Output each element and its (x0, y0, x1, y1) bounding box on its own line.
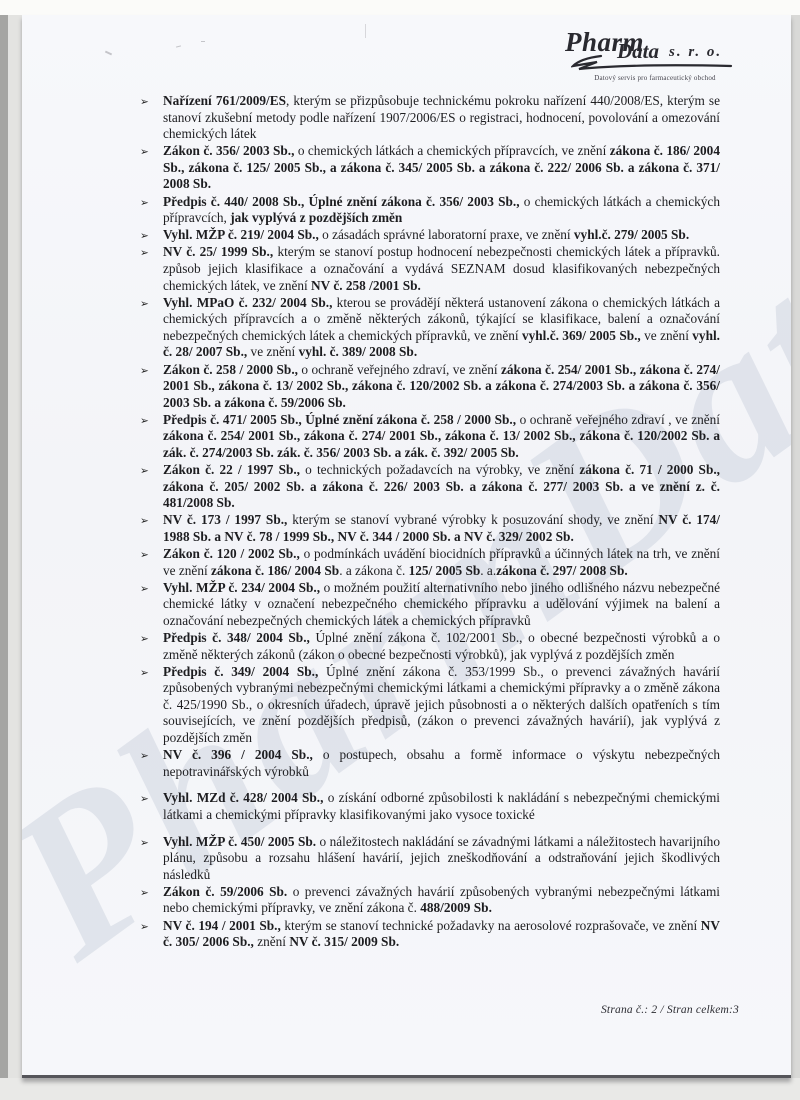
law-item-text: NV č. 396 / 2004 Sb., o postupech, obsah… (163, 747, 720, 779)
law-item-text: NV č. 25/ 1999 Sb., kterým se stanoví po… (163, 244, 720, 292)
law-list-item: ➢Předpis č. 440/ 2008 Sb., Úplné znění z… (140, 194, 720, 227)
law-list-item: ➢Vyhl. MŽP č. 219/ 2004 Sb., o zásadách … (140, 227, 720, 244)
arrow-bullet-icon: ➢ (140, 463, 149, 480)
arrow-bullet-icon: ➢ (140, 245, 149, 262)
law-list-item: ➢Vyhl. MZd č. 428/ 2004 Sb., o získání o… (140, 790, 720, 823)
law-item-text: Zákon č. 258 / 2000 Sb., o ochraně veřej… (163, 362, 720, 410)
law-item-text: Zákon č. 59/2006 Sb. o prevenci závažnýc… (163, 884, 720, 916)
law-list-item: ➢Vyhl. MPaO č. 232/ 2004 Sb., kterou se … (140, 295, 720, 361)
law-list-item: ➢Vyhl. MŽP č. 450/ 2005 Sb. o náležitost… (140, 834, 720, 884)
pharmdata-logo-wordmark: Pharm Data s. r. o. (565, 27, 745, 71)
law-list-item: ➢NV č. 173 / 1997 Sb., kterým se stanoví… (140, 512, 720, 545)
arrow-bullet-icon: ➢ (140, 835, 149, 852)
law-item-text: Vyhl. MZd č. 428/ 2004 Sb., o získání od… (163, 790, 720, 822)
arrow-bullet-icon: ➢ (140, 94, 149, 111)
arrow-bullet-icon: ➢ (140, 513, 149, 530)
page-footer: Strana č.: 2 / Stran celkem:3 (601, 1004, 739, 1016)
arrow-bullet-icon: ➢ (140, 919, 149, 936)
law-item-text: Předpis č. 440/ 2008 Sb., Úplné znění zá… (163, 194, 720, 226)
arrow-bullet-icon: ➢ (140, 363, 149, 380)
law-list-item: ➢Zákon č. 22 / 1997 Sb., o technických p… (140, 462, 720, 512)
law-item-text: Zákon č. 120 / 2002 Sb., o podmínkách uv… (163, 546, 720, 578)
law-item-text: Předpis č. 348/ 2004 Sb., Úplné znění zá… (163, 630, 720, 662)
document-page: PharmData Pharm Data s. r. o. Datový ser… (22, 15, 791, 1078)
law-item-text: Vyhl. MŽP č. 219/ 2004 Sb., o zásadách s… (163, 227, 689, 242)
law-list-item: ➢Zákon č. 120 / 2002 Sb., o podmínkách u… (140, 546, 720, 579)
scanner-background-right (791, 15, 800, 1078)
law-item-text: Zákon č. 356/ 2003 Sb., o chemických lát… (163, 143, 720, 191)
arrow-bullet-icon: ➢ (140, 228, 149, 245)
logo-swoosh-icon (571, 53, 741, 71)
arrow-bullet-icon: ➢ (140, 413, 149, 430)
law-list-item: ➢Vyhl. MŽP č. 234/ 2004 Sb., o možném po… (140, 580, 720, 630)
arrow-bullet-icon: ➢ (140, 581, 149, 598)
arrow-bullet-icon: ➢ (140, 665, 149, 682)
arrow-bullet-icon: ➢ (140, 296, 149, 313)
law-list-item: ➢Předpis č. 348/ 2004 Sb., Úplné znění z… (140, 630, 720, 663)
law-item-text: Vyhl. MŽP č. 234/ 2004 Sb., o možném pou… (163, 580, 720, 628)
law-item-text: Vyhl. MŽP č. 450/ 2005 Sb. o náležitoste… (163, 834, 720, 882)
arrow-bullet-icon: ➢ (140, 195, 149, 212)
arrow-bullet-icon: ➢ (140, 547, 149, 564)
logo-tagline: Datový servis pro farmaceutický obchod (565, 74, 745, 82)
arrow-bullet-icon: ➢ (140, 144, 149, 161)
arrow-bullet-icon: ➢ (140, 631, 149, 648)
scanner-background-bottom (0, 1078, 800, 1100)
scan-artifact (201, 41, 205, 42)
law-item-text: Předpis č. 349/ 2004 Sb., Úplné znění zá… (163, 664, 720, 745)
law-list-item: ➢NV č. 25/ 1999 Sb., kterým se stanoví p… (140, 244, 720, 294)
arrow-bullet-icon: ➢ (140, 885, 149, 902)
law-item-text: Zákon č. 22 / 1997 Sb., o technických po… (163, 462, 720, 510)
law-item-text: Nařízení 761/2009/ES, kterým se přizpůso… (163, 93, 720, 141)
pharmdata-logo: Pharm Data s. r. o. Datový servis pro fa… (565, 27, 745, 87)
law-list-item: ➢NV č. 396 / 2004 Sb., o postupech, obsa… (140, 747, 720, 780)
scanner-background-top (0, 0, 800, 15)
law-list-item: ➢Zákon č. 356/ 2003 Sb., o chemických lá… (140, 143, 720, 193)
scanner-background-left-light (8, 15, 22, 1078)
law-list: ➢Nařízení 761/2009/ES, kterým se přizpůs… (140, 93, 720, 951)
law-item-text: NV č. 173 / 1997 Sb., kterým se stanoví … (163, 512, 720, 544)
arrow-bullet-icon: ➢ (140, 748, 149, 765)
arrow-bullet-icon: ➢ (140, 791, 149, 808)
scan-artifact (365, 24, 366, 38)
law-item-text: Vyhl. MPaO č. 232/ 2004 Sb., kterou se p… (163, 295, 720, 360)
law-item-text: Předpis č. 471/ 2005 Sb., Úplné znění zá… (163, 412, 720, 460)
law-list-item: ➢Zákon č. 59/2006 Sb. o prevenci závažný… (140, 884, 720, 917)
scanner-background-left-dark (0, 15, 8, 1090)
law-list-item: ➢Předpis č. 471/ 2005 Sb., Úplné znění z… (140, 412, 720, 462)
law-list-item: ➢Zákon č. 258 / 2000 Sb., o ochraně veře… (140, 362, 720, 412)
law-item-text: NV č. 194 / 2001 Sb., kterým se stanoví … (163, 918, 720, 950)
law-list-item: ➢Nařízení 761/2009/ES, kterým se přizpůs… (140, 93, 720, 143)
law-list-item: ➢Předpis č. 349/ 2004 Sb., Úplné znění z… (140, 664, 720, 747)
law-list-item: ➢NV č. 194 / 2001 Sb., kterým se stanoví… (140, 918, 720, 951)
